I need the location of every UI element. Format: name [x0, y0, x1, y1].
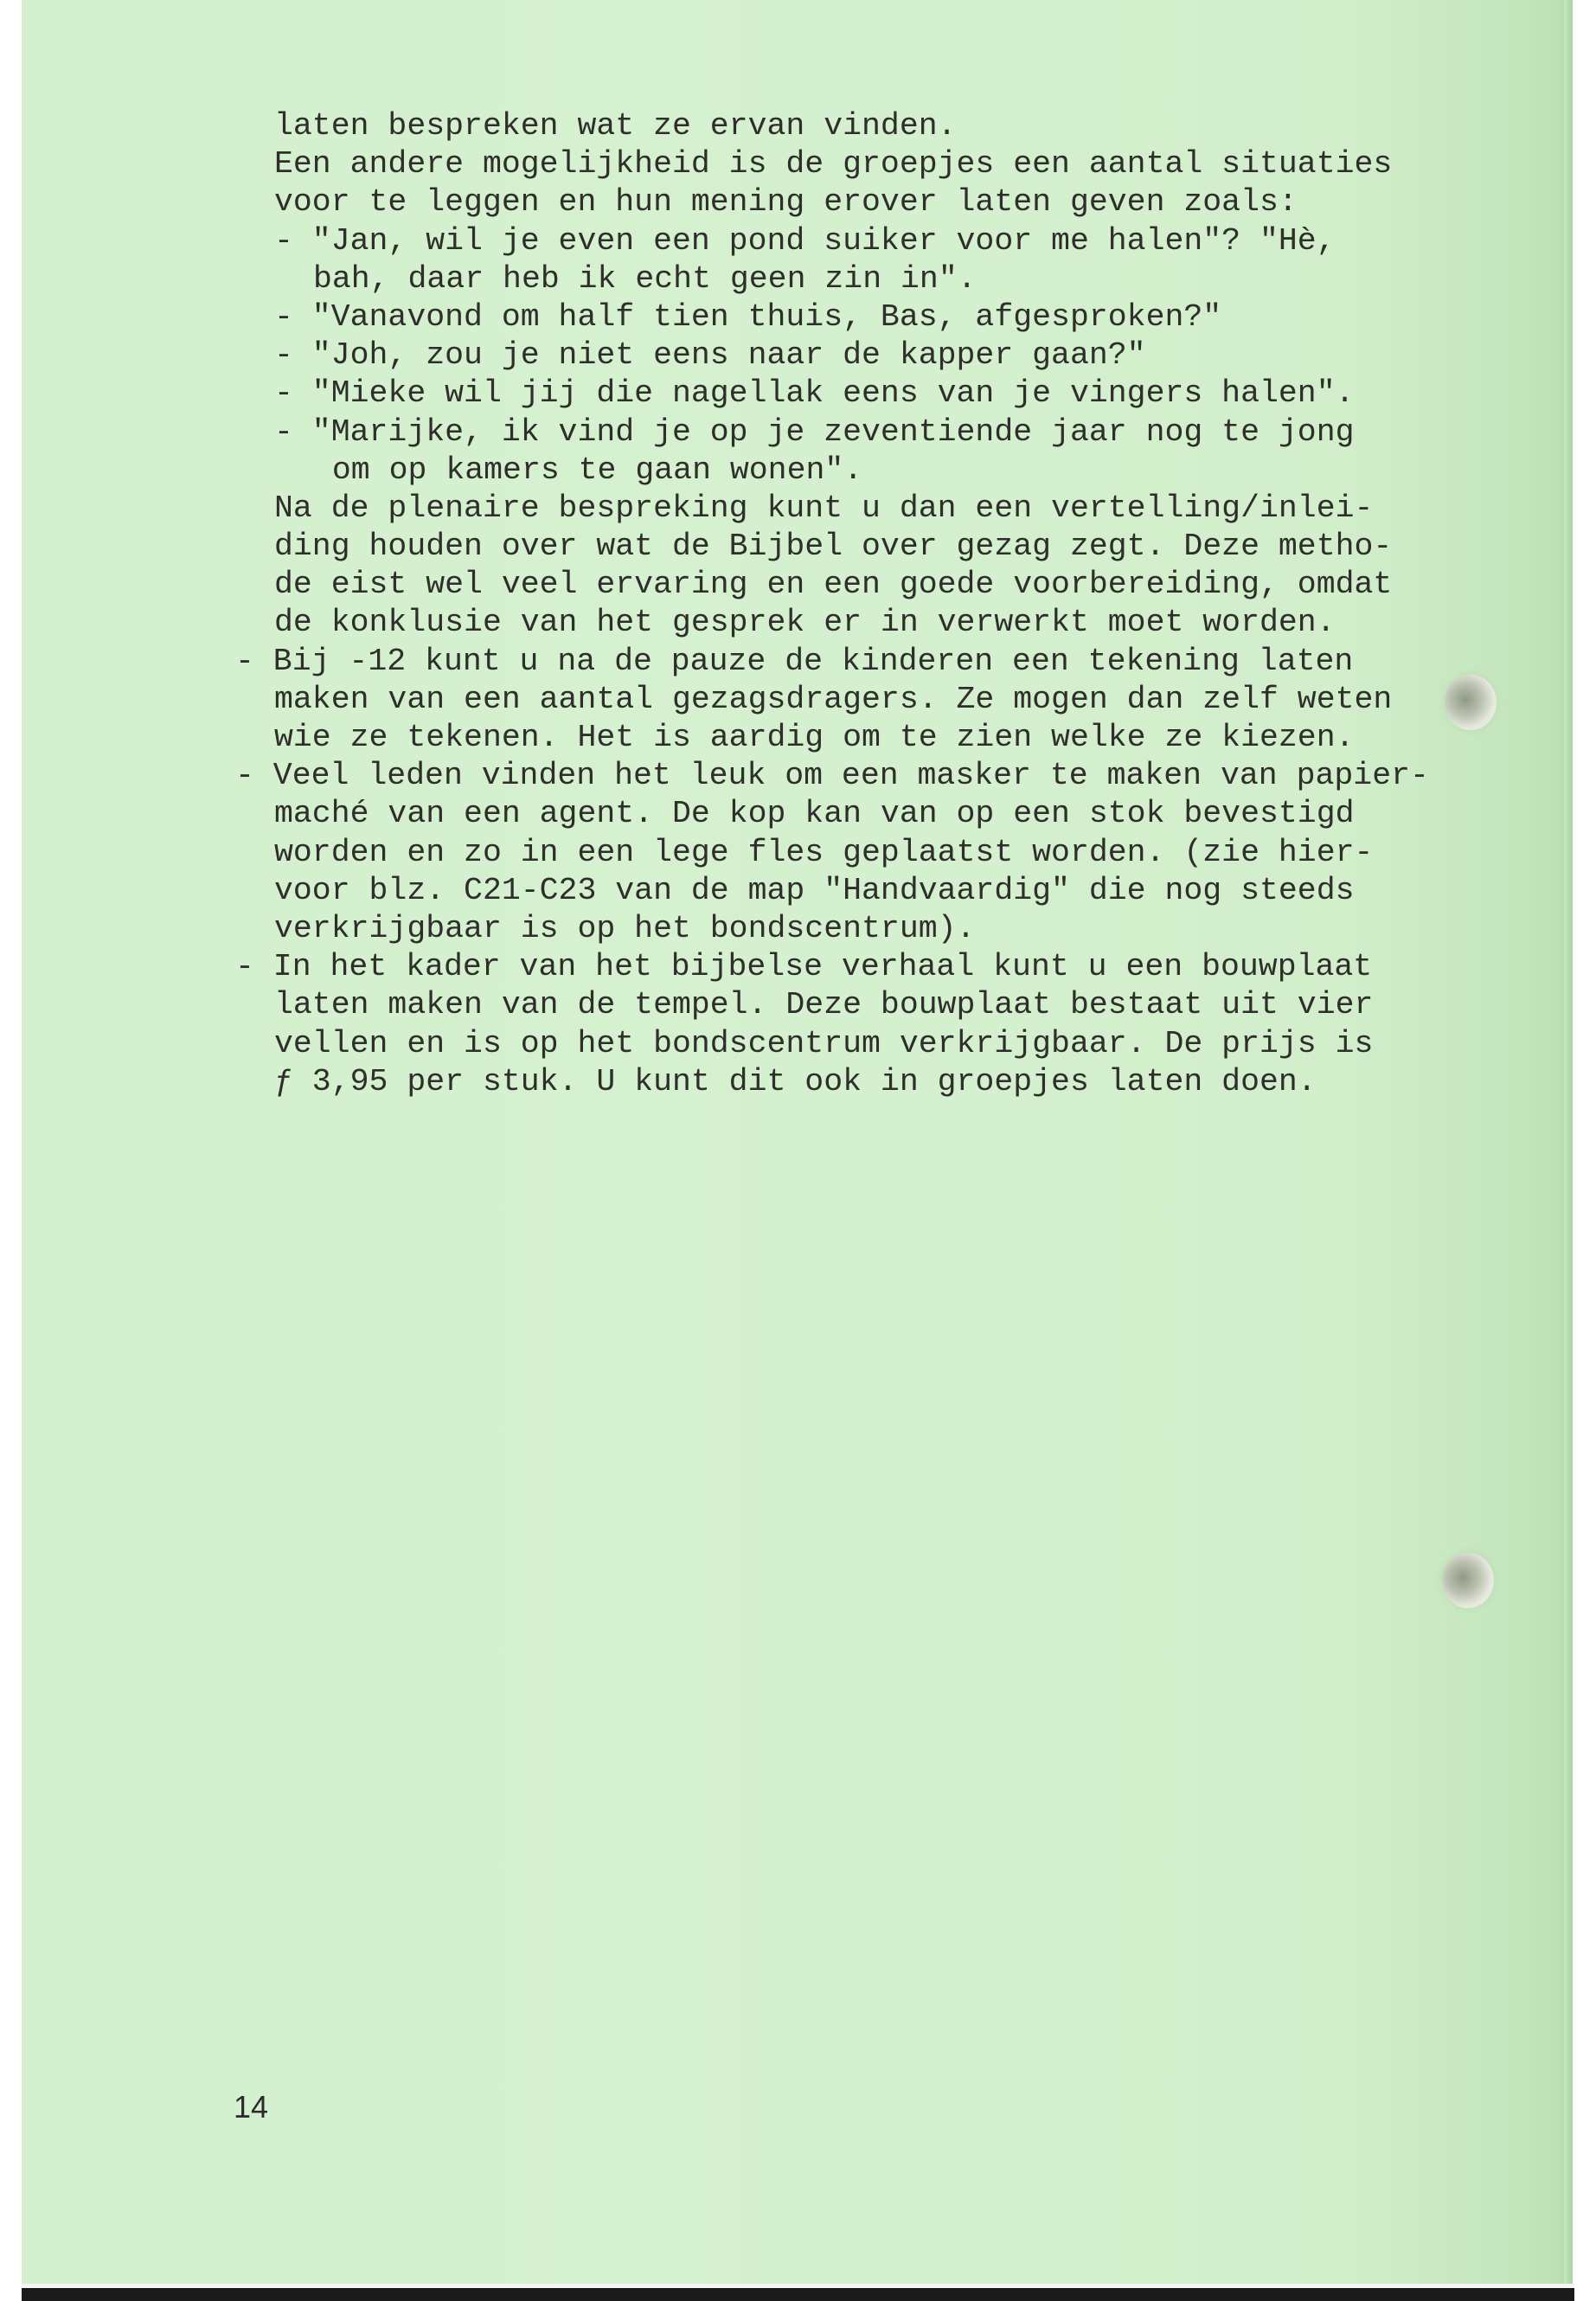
text-line: Een andere mogelijkheid is de groepjes e…: [235, 145, 1429, 183]
text-line: voor te leggen en hun mening erover late…: [235, 183, 1429, 221]
text-line: maché van een agent. De kop kan van op e…: [235, 795, 1429, 833]
text-line: ding houden over wat de Bijbel over geza…: [235, 528, 1429, 566]
text-line: de eist wel veel ervaring en een goede v…: [235, 566, 1429, 604]
text-line: - Veel leden vinden het leuk om een mask…: [235, 757, 1429, 795]
scanner-bottom-bar: [22, 2288, 1574, 2301]
text-line: voor blz. C21-C23 van de map "Handvaardi…: [235, 872, 1429, 910]
document-body-text: laten bespreken wat ze ervan vinden.Een …: [235, 107, 1429, 1101]
page-bottom-edge: [22, 2284, 1574, 2287]
text-line: - "Marijke, ik vind je op je zeventiende…: [235, 413, 1429, 452]
text-line: - "Vanavond om half tien thuis, Bas, afg…: [235, 298, 1429, 336]
text-line: laten maken van de tempel. Deze bouwplaa…: [235, 986, 1429, 1024]
text-line: - "Jan, wil je even een pond suiker voor…: [235, 222, 1429, 260]
text-line: verkrijgbaar is op het bondscentrum).: [235, 910, 1429, 948]
text-line: - "Joh, zou je niet eens naar de kapper …: [235, 336, 1429, 375]
text-line: - "Mieke wil jij die nagellak eens van j…: [235, 375, 1429, 413]
text-line: vellen en is op het bondscentrum verkrij…: [235, 1025, 1429, 1063]
page-crease: [1574, 0, 1575, 2284]
text-line: Na de plenaire bespreking kunt u dan een…: [235, 490, 1429, 528]
text-line: laten bespreken wat ze ervan vinden.: [235, 107, 1429, 145]
text-line: bah, daar heb ik echt geen zin in".: [235, 260, 1429, 298]
page-number: 14: [234, 2089, 268, 2125]
text-line: worden en zo in een lege fles geplaatst …: [235, 834, 1429, 872]
page-edge-shadow: [1564, 0, 1573, 2284]
text-line: maken van een aantal gezagsdragers. Ze m…: [235, 681, 1429, 719]
text-line: - Bij -12 kunt u na de pauze de kinderen…: [235, 643, 1429, 681]
text-line: - In het kader van het bijbelse verhaal …: [235, 948, 1429, 986]
text-line: ƒ 3,95 per stuk. U kunt dit ook in groep…: [235, 1063, 1429, 1101]
punch-hole-icon: [1445, 675, 1497, 730]
punch-hole-icon: [1442, 1553, 1494, 1608]
text-line: wie ze tekenen. Het is aardig om te zien…: [235, 719, 1429, 757]
text-line: de konklusie van het gesprek er in verwe…: [235, 604, 1429, 642]
text-line: om op kamers te gaan wonen".: [235, 452, 1429, 490]
